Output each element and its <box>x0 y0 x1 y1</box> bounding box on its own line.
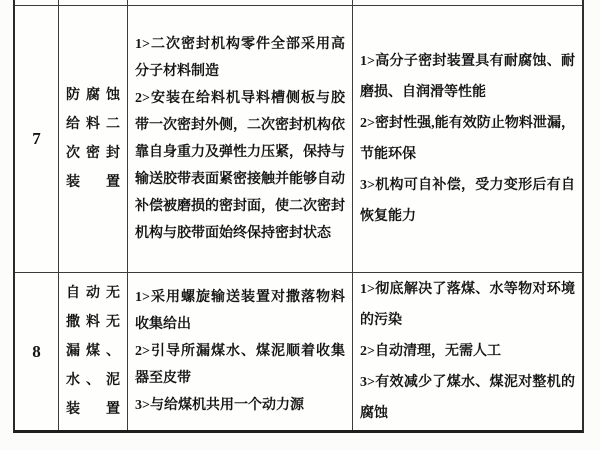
row-number: 8 <box>32 342 41 362</box>
row-8-name-cell: 自动无撒料无漏煤、水、泥装置 <box>59 273 128 430</box>
row-8-benefits-cell: 1>彻底解决了落煤、水等物对环境的污染 2>自动清理，无需人工 3>有效减少了煤… <box>353 273 582 430</box>
row-number: 7 <box>32 129 41 149</box>
product-feature-table: 7 防腐蚀给料二次密封装置 1>二次密封机构零件全部采用高分子材料制造 2>安装… <box>13 0 584 433</box>
device-name: 自动无撒料无漏煤、水、泥装置 <box>66 279 120 424</box>
feature-item: 1>采用螺旋输送装置对撒落物料收集给出 <box>135 284 345 338</box>
feature-item: 2>引导所漏煤水、煤泥顺着收集器至皮带 <box>135 338 345 392</box>
device-name: 防腐蚀给料二次密封装置 <box>66 81 120 197</box>
scanned-document-page: 7 防腐蚀给料二次密封装置 1>二次密封机构零件全部采用高分子材料制造 2>安装… <box>0 0 600 450</box>
feature-item: 2>安装在给料机导料槽侧板与胶带一次密封外侧，二次密封机构依靠自身重力及弹性力压… <box>135 85 345 247</box>
row-7-number-cell: 7 <box>15 6 59 273</box>
row-7-features-cell: 1>二次密封机构零件全部采用高分子材料制造 2>安装在给料机导料槽侧板与胶带一次… <box>128 6 353 273</box>
row-8-features-cell: 1>采用螺旋输送装置对撒落物料收集给出 2>引导所漏煤水、煤泥顺着收集器至皮带 … <box>128 273 353 430</box>
row-7-name-cell: 防腐蚀给料二次密封装置 <box>59 6 128 273</box>
feature-item: 1>二次密封机构零件全部采用高分子材料制造 <box>135 31 345 85</box>
row-8-number-cell: 8 <box>15 273 59 430</box>
benefit-item: 3>机构可自补偿，受力变形后有自恢复能力 <box>360 170 575 232</box>
benefit-item: 1>彻底解决了落煤、水等物对环境的污染 <box>360 274 575 336</box>
benefit-item: 3>有效减少了煤水、煤泥对整机的腐蚀 <box>360 367 575 429</box>
benefit-item: 2>自动清理，无需人工 <box>360 336 575 367</box>
feature-item: 3>与给煤机共用一个动力源 <box>135 392 345 419</box>
benefit-item: 1>高分子密封装置具有耐腐蚀、耐磨损、自润滑等性能 <box>360 46 575 108</box>
benefit-item: 2>密封性强,能有效防止物料泄漏，节能环保 <box>360 108 575 170</box>
row-7-benefits-cell: 1>高分子密封装置具有耐腐蚀、耐磨损、自润滑等性能 2>密封性强,能有效防止物料… <box>353 6 582 273</box>
